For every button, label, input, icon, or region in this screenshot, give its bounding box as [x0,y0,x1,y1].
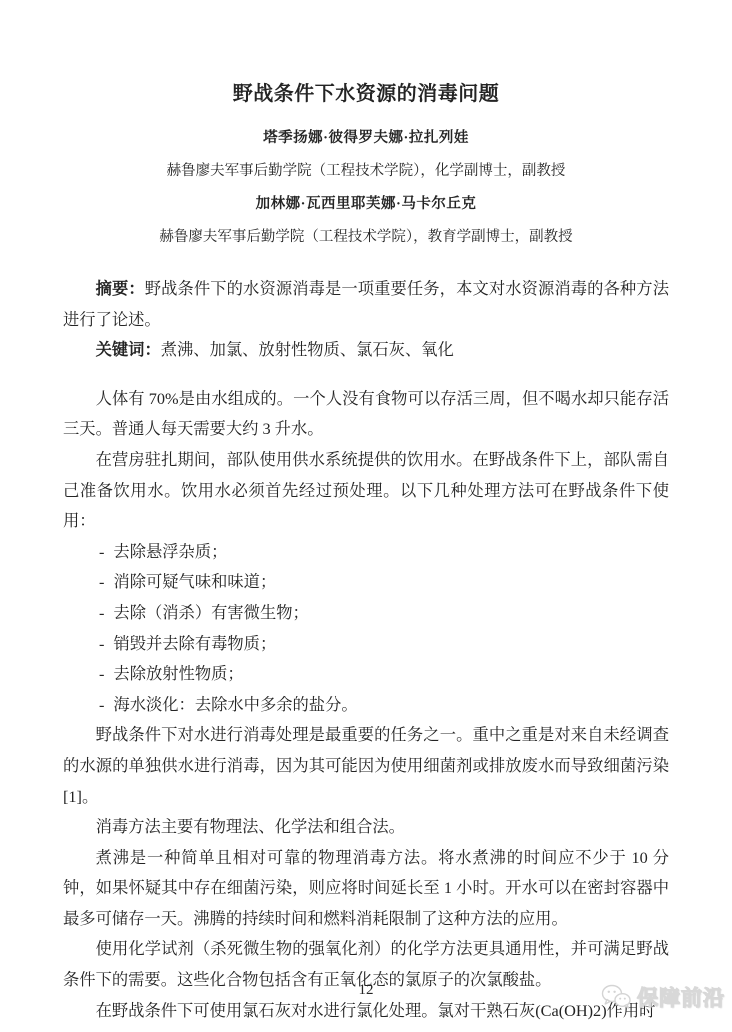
list-item-marker: - [99,695,104,714]
list-item: -消除可疑气味和味道； [99,567,669,598]
treatment-methods-list: -去除悬浮杂质； -消除可疑气味和味道； -去除（消杀）有害微生物； -销毁并去… [63,537,669,721]
keywords-text: 煮沸、加氯、放射性物质、氯石灰、氧化 [161,340,454,359]
author-name-1: 塔季扬娜·彼得罗夫娜·拉扎列娃 [63,122,669,155]
authors-block: 塔季扬娜·彼得罗夫娜·拉扎列娃 赫鲁廖夫军事后勤学院（工程技术学院），化学副博士… [63,122,669,254]
list-item-text: 海水淡化：去除水中多余的盐分。 [113,695,357,714]
document-page: 野战条件下水资源的消毒问题 塔季扬娜·彼得罗夫娜·拉扎列娃 赫鲁廖夫军事后勤学院… [0,0,732,1032]
author-name-2: 加林娜·瓦西里耶芙娜·马卡尔丘克 [63,188,669,221]
list-item: -去除（消杀）有害微生物； [99,598,669,629]
paragraph-water-human-body: 人体有 70%是由水组成的。一个人没有食物可以存活三周，但不喝水却只能存活三天。… [63,384,669,445]
wechat-icon [600,983,632,1011]
watermark-text: 保障前沿 [637,982,725,1012]
list-item-text: 去除悬浮杂质； [113,542,227,561]
paragraph-disinfection-task: 野战条件下对水进行消毒处理是最重要的任务之一。重中之重是对来自未经调查的水源的单… [63,720,669,812]
paragraph-chlorine-lime: 在野战条件下可使用氯石灰对水进行氯化处理。氯对干熟石灰(Ca(OH)2)作用时 [63,996,669,1027]
author-affiliation-1: 赫鲁廖夫军事后勤学院（工程技术学院），化学副博士，副教授 [63,155,669,188]
abstract: 摘要：野战条件下的水资源消毒是一项重要任务，本文对水资源消毒的各种方法进行了论述… [63,274,669,335]
list-item: -去除放射性物质； [99,659,669,690]
list-item-text: 去除（消杀）有害微生物； [113,603,308,622]
body-text: 人体有 70%是由水组成的。一个人没有食物可以存活三周，但不喝水却只能存活三天。… [63,384,669,1026]
abstract-label: 摘要： [96,279,145,298]
page-content: 野战条件下水资源的消毒问题 塔季扬娜·彼得罗夫娜·拉扎列娃 赫鲁廖夫军事后勤学院… [63,0,669,1026]
paragraph-water-supply: 在营房驻扎期间，部队使用供水系统提供的饮用水。在野战条件下上，部队需自己准备饮用… [63,445,669,537]
watermark: 保障前沿 [600,982,725,1012]
list-item: -海水淡化：去除水中多余的盐分。 [99,690,669,721]
paragraph-boiling: 煮沸是一种简单且相对可靠的物理消毒方法。将水煮沸的时间应不少于 10 分钟，如果… [63,843,669,935]
list-item: -销毁并去除有毒物质； [99,629,669,660]
author-affiliation-2: 赫鲁廖夫军事后勤学院（工程技术学院），教育学副博士，副教授 [63,221,669,254]
list-item-text: 消除可疑气味和味道； [113,572,276,591]
list-item-marker: - [99,542,104,561]
list-item-marker: - [99,603,104,622]
paragraph-method-types: 消毒方法主要有物理法、化学法和组合法。 [63,812,669,843]
abstract-keywords-block: 摘要：野战条件下的水资源消毒是一项重要任务，本文对水资源消毒的各种方法进行了论述… [63,274,669,366]
list-item-marker: - [99,572,104,591]
abstract-text: 野战条件下的水资源消毒是一项重要任务，本文对水资源消毒的各种方法进行了论述。 [63,279,669,329]
list-item-text: 去除放射性物质； [113,664,243,683]
keywords: 关键词：煮沸、加氯、放射性物质、氯石灰、氧化 [63,335,669,366]
list-item-marker: - [99,664,104,683]
list-item-marker: - [99,634,104,653]
list-item-text: 销毁并去除有毒物质； [113,634,276,653]
list-item: -去除悬浮杂质； [99,537,669,568]
keywords-label: 关键词： [96,340,161,359]
page-title: 野战条件下水资源的消毒问题 [63,78,669,108]
